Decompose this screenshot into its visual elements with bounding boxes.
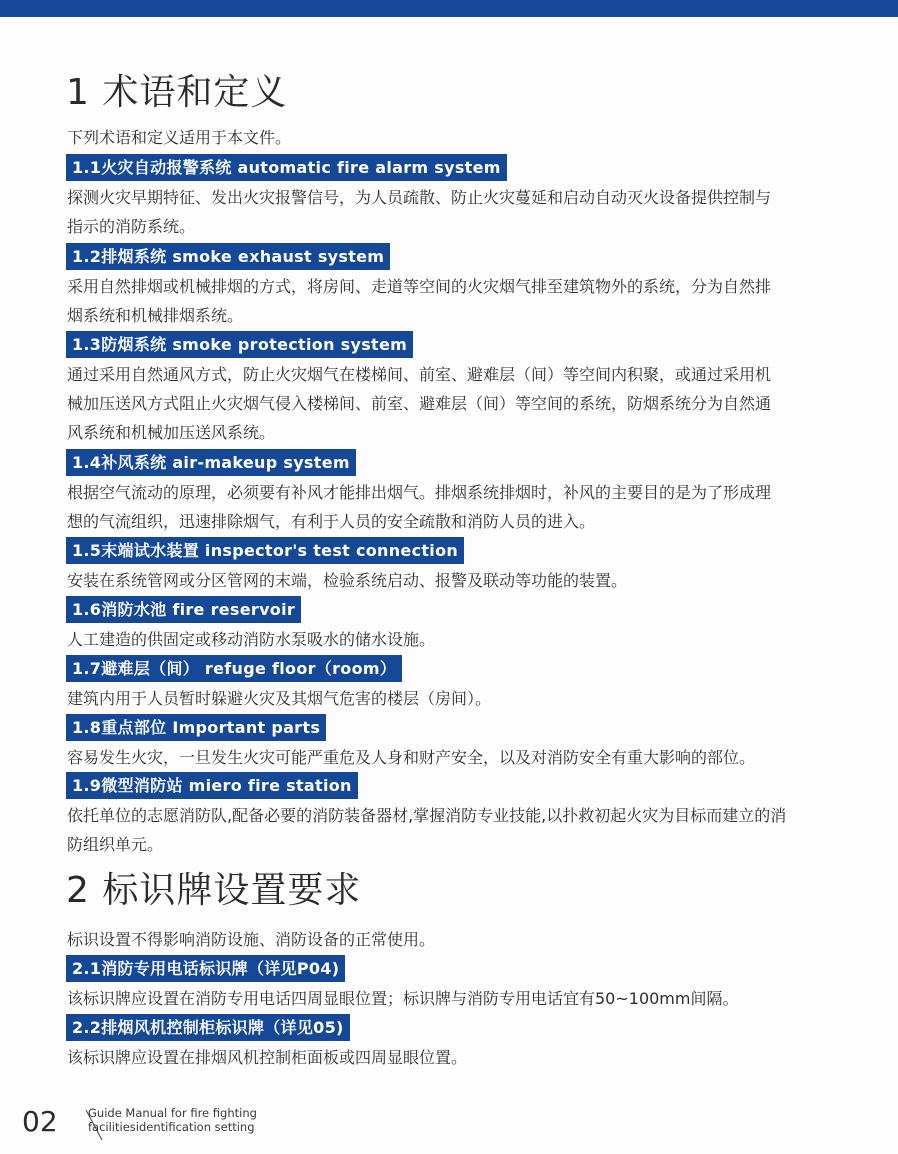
term-text-1-1-line-1: 探测火灾早期特征、发出火灾报警信号，为人员疏散、防止火灾蔓延和启动自动灭火设备提…: [67, 183, 867, 212]
term-text-1-4-line-2: 想的气流组织，迅速排除烟气，有利于人员的安全疏散和消防人员的进入。: [67, 507, 867, 536]
term-label-1-1: 1.1火灾自动报警系统 automatic fire alarm system: [66, 154, 507, 181]
page-number: 02: [22, 1106, 58, 1138]
term-text-1-8-line-1: 容易发生火灾，一旦发生火灾可能严重危及人身和财产安全，以及对消防安全有重大影响的…: [67, 743, 867, 772]
footer-caption: Guide Manual for fire fighting facilitie…: [88, 1106, 257, 1134]
section-2-intro: 标识设置不得影响消防设施、消防设备的正常使用。: [67, 925, 867, 954]
term-text-1-4-line-1: 根据空气流动的原理，必须要有补风才能排出烟气。排烟系统排烟时，补风的主要目的是为…: [67, 478, 867, 507]
term-label-1-2: 1.2排烟系统 smoke exhaust system: [66, 243, 390, 270]
top-header-bar: [0, 0, 898, 17]
section-1-intro: 下列术语和定义适用于本文件。: [67, 123, 867, 152]
term-label-1-6: 1.6消防水池 fire reservoir: [66, 596, 301, 623]
term-label-1-3: 1.3防烟系统 smoke protection system: [66, 331, 413, 358]
term-text-1-9-line-2: 防组织单元。: [67, 830, 867, 859]
term-text-1-2-line-2: 烟系统和机械排烟系统。: [67, 301, 867, 330]
term-label-1-9: 1.9微型消防站 miero fire station: [66, 772, 358, 799]
term-text-1-7-line-1: 建筑内用于人员暂时躲避火灾及其烟气危害的楼层（房间）。: [67, 684, 867, 713]
term-text-1-6-line-1: 人工建造的供固定或移动消防水泵吸水的储水设施。: [67, 625, 867, 654]
term-text-1-3-line-1: 通过采用自然通风方式，防止火灾烟气在楼梯间、前室、避难层（间）等空间内积聚，或通…: [67, 360, 867, 389]
term-text-1-3-line-2: 械加压送风方式阻止火灾烟气侵入楼梯间、前室、避难层（间）等空间的系统，防烟系统分…: [67, 389, 867, 418]
term-label-1-8: 1.8重点部位 Important parts: [66, 714, 326, 741]
sign-label-2-1: 2.1消防专用电话标识牌（详见P04): [66, 955, 345, 982]
section-1-title: 1 术语和定义: [66, 71, 287, 115]
term-label-1-7: 1.7避难层（间） refuge floor（room）: [66, 655, 402, 682]
term-text-1-2-line-1: 采用自然排烟或机械排烟的方式，将房间、走道等空间的火灾烟气排至建筑物外的系统，分…: [67, 272, 867, 301]
sign-label-2-2: 2.2排烟风机控制柜标识牌（详见05): [66, 1014, 350, 1041]
term-label-1-4: 1.4补风系统 air-makeup system: [66, 449, 356, 476]
term-text-1-5-line-1: 安装在系统管网或分区管网的末端，检验系统启动、报警及联动等功能的装置。: [67, 566, 867, 595]
section-2-title: 2 标识牌设置要求: [66, 869, 361, 913]
term-text-1-1-line-2: 指示的消防系统。: [67, 212, 867, 241]
term-text-1-9-line-1: 依托单位的志愿消防队,配备必要的消防装备器材,掌握消防专业技能,以扑救初起火灾为…: [67, 801, 867, 830]
term-text-1-3-line-3: 风系统和机械加压送风系统。: [67, 418, 867, 447]
sign-text-2-2-line-1: 该标识牌应设置在排烟风机控制柜面板或四周显眼位置。: [67, 1043, 867, 1072]
footer-caption-line-2: facilitiesidentification setting: [88, 1120, 257, 1134]
term-label-1-5: 1.5末端试水装置 inspector's test connection: [66, 537, 464, 564]
sign-text-2-1-line-1: 该标识牌应设置在消防专用电话四周显眼位置；标识牌与消防专用电话宜有50~100m…: [67, 984, 867, 1013]
footer-caption-line-1: Guide Manual for fire fighting: [88, 1106, 257, 1120]
